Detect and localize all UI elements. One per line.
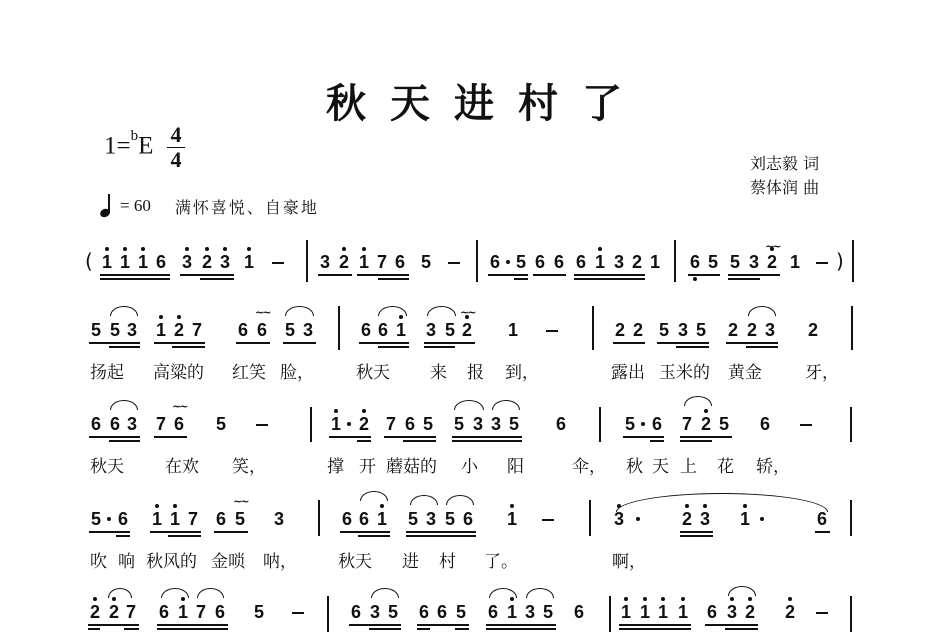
note: 2 xyxy=(806,320,820,340)
lyric: 蘑菇的 xyxy=(386,452,437,477)
augmentation-dot xyxy=(506,260,510,264)
note: 1 xyxy=(329,414,343,434)
underline xyxy=(154,436,187,438)
underline xyxy=(725,628,758,630)
underline xyxy=(488,274,528,276)
lyric: 脸， xyxy=(280,358,314,383)
note: 6 xyxy=(357,509,371,529)
underline xyxy=(486,624,556,626)
note: 5 xyxy=(541,602,555,622)
key-prefix: 1= xyxy=(104,132,131,159)
lyric: 进 xyxy=(402,547,419,572)
lyric: 轿， xyxy=(756,452,790,477)
note: 7 xyxy=(375,252,389,272)
bar-line xyxy=(599,407,601,442)
lyric: 玉米的 xyxy=(659,358,710,383)
slur-arc xyxy=(454,400,484,410)
note: 1 xyxy=(619,602,633,622)
note: 3 xyxy=(125,320,139,340)
underline xyxy=(357,274,409,276)
note: 2 xyxy=(743,602,757,622)
note: 6 xyxy=(376,320,390,340)
note: 1 xyxy=(788,252,802,272)
note: 5 xyxy=(406,509,420,529)
augmentation-dot xyxy=(636,517,640,521)
flat-sign: b xyxy=(131,128,139,144)
slur-arc xyxy=(427,306,456,316)
trill-mark: ~~ xyxy=(255,306,269,319)
underline xyxy=(124,628,139,630)
underline xyxy=(359,342,409,344)
underline xyxy=(452,436,522,438)
lyric: 呐， xyxy=(263,547,297,572)
underline xyxy=(89,531,130,533)
bar-line xyxy=(589,500,591,536)
note: 2 xyxy=(107,602,121,622)
underline xyxy=(100,274,170,276)
note: 6 xyxy=(89,414,103,434)
note: 5 xyxy=(283,320,297,340)
note: 2 xyxy=(357,414,371,434)
slur-arc xyxy=(492,400,520,410)
note: 2 xyxy=(783,602,797,622)
note: 1 xyxy=(100,252,114,272)
note: 6 xyxy=(340,509,354,529)
note: 6 xyxy=(688,252,702,272)
hold-dash xyxy=(800,424,812,426)
slur-arc xyxy=(684,396,712,406)
underline xyxy=(180,274,234,276)
note: 5 xyxy=(421,414,435,434)
underline xyxy=(329,436,371,438)
bar-line xyxy=(851,306,853,350)
slur-arc xyxy=(410,495,438,505)
note: 7 xyxy=(124,602,138,622)
lyric: 伞， xyxy=(572,452,606,477)
note: 6 xyxy=(417,602,431,622)
lyric: 红笑 xyxy=(232,358,266,383)
slur-arc xyxy=(489,588,517,598)
composer: 蔡体润 曲 xyxy=(750,176,819,200)
note: 1 xyxy=(593,252,607,272)
lyric: 露出 xyxy=(611,358,645,383)
underline xyxy=(680,436,732,438)
bar-line xyxy=(674,240,676,282)
underline xyxy=(150,531,201,533)
note: 6 xyxy=(554,414,568,434)
lyric: 扬起 xyxy=(90,358,124,383)
note: 6 xyxy=(236,320,250,340)
note: 3 xyxy=(747,252,761,272)
note: 6 xyxy=(255,320,269,340)
trill-mark: ~~ xyxy=(460,306,474,319)
hold-dash xyxy=(542,519,554,521)
close-paren: ) xyxy=(836,249,844,273)
hold-dash xyxy=(816,612,828,614)
note: 3 xyxy=(125,414,139,434)
note: 5 xyxy=(717,414,731,434)
bar-line xyxy=(852,240,854,282)
underline xyxy=(349,624,401,626)
note: 1 xyxy=(357,252,371,272)
underline xyxy=(452,440,522,442)
lyric: 金唢 xyxy=(211,547,245,572)
slur-arc xyxy=(108,588,132,598)
lyric: 高粱的 xyxy=(153,358,204,383)
note: 1 xyxy=(136,252,150,272)
underline xyxy=(688,274,720,276)
underline xyxy=(214,531,248,533)
bar-line xyxy=(310,407,312,442)
lyric: 村 xyxy=(439,547,456,572)
underline xyxy=(358,535,390,537)
underline xyxy=(236,342,270,344)
note: 5 xyxy=(454,602,468,622)
note: 6 xyxy=(572,602,586,622)
underline xyxy=(728,274,780,276)
note: 5 xyxy=(694,320,708,340)
bar-line xyxy=(338,306,340,350)
underline xyxy=(369,628,401,630)
note: 3 xyxy=(368,602,382,622)
note: 1 xyxy=(676,602,690,622)
underline xyxy=(574,274,645,276)
underline xyxy=(619,624,691,626)
underline xyxy=(109,440,140,442)
underline xyxy=(815,531,830,533)
note: 1 xyxy=(656,602,670,622)
lyric: 秋天 xyxy=(90,452,124,477)
hold-dash xyxy=(272,262,284,264)
note: 7 xyxy=(194,602,208,622)
lyric: 了。 xyxy=(484,547,518,572)
note: 6 xyxy=(172,414,186,434)
underline xyxy=(417,628,430,630)
lyric: 报 xyxy=(467,358,484,383)
note: 6 xyxy=(108,414,122,434)
note: 1 xyxy=(394,320,408,340)
slur-arc xyxy=(526,588,554,598)
note: 2 xyxy=(460,320,474,340)
slur-arc xyxy=(446,495,474,505)
trill-mark: ~~ xyxy=(233,495,247,508)
note: 5 xyxy=(89,509,103,529)
underline xyxy=(283,342,316,344)
note: 5 xyxy=(706,252,720,272)
note: 3 xyxy=(180,252,194,272)
note: 6 xyxy=(488,252,502,272)
underline xyxy=(613,342,645,344)
note: 6 xyxy=(461,509,475,529)
note: 6 xyxy=(359,320,373,340)
credits: 刘志毅 词 蔡体润 曲 xyxy=(750,152,819,200)
note: 6 xyxy=(393,252,407,272)
note: 7 xyxy=(186,509,200,529)
hold-dash xyxy=(816,262,828,264)
note: 5 xyxy=(386,602,400,622)
slur-arc xyxy=(728,586,756,596)
slur-arc xyxy=(161,588,189,598)
underline xyxy=(746,346,778,348)
lyric: 黄金 xyxy=(728,358,762,383)
note: 5 xyxy=(108,320,122,340)
underline xyxy=(172,346,205,348)
underline xyxy=(574,278,645,280)
note: 1 xyxy=(375,509,389,529)
trill-mark: ~~ xyxy=(765,240,779,253)
slur-arc xyxy=(110,306,138,316)
underline xyxy=(357,440,371,442)
note: 6 xyxy=(552,252,566,272)
note: 1 xyxy=(150,509,164,529)
note: 5 xyxy=(728,252,742,272)
note: 5 xyxy=(514,252,528,272)
note: 5 xyxy=(507,414,521,434)
note: 2 xyxy=(172,320,186,340)
note: 6 xyxy=(815,509,829,529)
note: 6 xyxy=(214,509,228,529)
underline xyxy=(89,436,140,438)
note: 3 xyxy=(471,414,485,434)
slur-arc xyxy=(285,306,314,316)
note: 2 xyxy=(765,252,779,272)
time-signature: 4 4 xyxy=(167,124,185,171)
lyric: 上 xyxy=(680,452,697,477)
underline xyxy=(514,278,528,280)
note: 3 xyxy=(523,602,537,622)
lyric: 阳 xyxy=(507,452,524,477)
slur-arc xyxy=(748,306,776,316)
note: 6 xyxy=(533,252,547,272)
underline xyxy=(168,535,201,537)
underline xyxy=(340,531,390,533)
note: 3 xyxy=(763,320,777,340)
lyric: 牙， xyxy=(805,358,839,383)
note: 1 xyxy=(168,509,182,529)
underline xyxy=(403,440,436,442)
note: 3 xyxy=(218,252,232,272)
slur-arc xyxy=(110,400,138,410)
note: 1 xyxy=(738,509,752,529)
note: 5 xyxy=(623,414,637,434)
underline xyxy=(533,274,566,276)
note: 3 xyxy=(612,509,626,529)
hold-dash xyxy=(256,424,268,426)
underline xyxy=(406,535,476,537)
note: 3 xyxy=(698,509,712,529)
lyric: 秋天 xyxy=(338,547,372,572)
tempo-value: = 60 xyxy=(120,196,151,216)
bar-line xyxy=(850,500,852,536)
note: 7 xyxy=(190,320,204,340)
underline xyxy=(486,628,556,630)
slur-arc xyxy=(197,588,224,598)
underline xyxy=(154,342,205,344)
note: 5 xyxy=(443,320,457,340)
note: 2 xyxy=(200,252,214,272)
underline xyxy=(109,346,140,348)
bar-line xyxy=(609,596,611,632)
slur-arc xyxy=(371,588,399,598)
note: 5 xyxy=(89,320,103,340)
lyric: 在欢 xyxy=(165,452,199,477)
lyricist: 刘志毅 词 xyxy=(750,152,819,176)
underline xyxy=(157,624,228,626)
note: 2 xyxy=(613,320,627,340)
note: 1 xyxy=(118,252,132,272)
note: 3 xyxy=(301,320,315,340)
note: 6 xyxy=(213,602,227,622)
note: 6 xyxy=(154,252,168,272)
note: 3 xyxy=(676,320,690,340)
trill-mark: ~~ xyxy=(172,400,186,413)
note: 3 xyxy=(318,252,332,272)
note: 5 xyxy=(419,252,433,272)
underline xyxy=(406,531,476,533)
hold-dash xyxy=(448,262,460,264)
underline xyxy=(424,342,475,344)
underline xyxy=(705,624,758,626)
lyric: 到， xyxy=(505,358,539,383)
note: 6 xyxy=(486,602,500,622)
underline xyxy=(680,531,713,533)
augmentation-dot xyxy=(347,422,351,426)
key-signature: 1=bE xyxy=(104,132,153,160)
augmentation-dot xyxy=(107,517,111,521)
tempo-marking: = 60 满怀喜悦、自豪地 xyxy=(98,194,319,218)
note: 5 xyxy=(233,509,247,529)
lyric: 来 xyxy=(430,358,447,383)
note: 5 xyxy=(657,320,671,340)
lyric: 吹 xyxy=(90,547,107,572)
bar-line xyxy=(850,596,852,632)
song-title: 秋天进村了 xyxy=(0,72,948,129)
time-signature-top: 4 xyxy=(167,124,185,146)
quarter-note-icon xyxy=(98,194,114,218)
note: 2 xyxy=(699,414,713,434)
note: 6 xyxy=(116,509,130,529)
lyric: 秋风的 xyxy=(146,547,197,572)
note: 6 xyxy=(157,602,171,622)
note: 2 xyxy=(88,602,102,622)
slur-arc xyxy=(378,306,407,316)
lyric: 开 xyxy=(359,452,376,477)
note: 6 xyxy=(758,414,772,434)
note: 3 xyxy=(489,414,503,434)
underline xyxy=(378,346,409,348)
lyric: 天 xyxy=(652,452,669,477)
hold-dash xyxy=(546,330,558,332)
lyric: 秋 xyxy=(626,452,643,477)
note: 6 xyxy=(435,602,449,622)
expression-text: 满怀喜悦、自豪地 xyxy=(175,195,319,218)
note: 2 xyxy=(745,320,759,340)
underline xyxy=(100,278,170,280)
bar-line xyxy=(850,407,852,442)
underline xyxy=(157,628,228,630)
note: 2 xyxy=(630,252,644,272)
bar-line xyxy=(318,500,320,536)
note: 2 xyxy=(680,509,694,529)
note: 6 xyxy=(574,252,588,272)
note: 3 xyxy=(424,320,438,340)
underline xyxy=(88,624,139,626)
note: 3 xyxy=(424,509,438,529)
note: 7 xyxy=(384,414,398,434)
slur-arc xyxy=(360,491,388,501)
underline xyxy=(417,624,469,626)
note: 5 xyxy=(252,602,266,622)
lyric: 小 xyxy=(461,452,478,477)
note: 2 xyxy=(631,320,645,340)
note: 1 xyxy=(638,602,652,622)
lyric: 啊， xyxy=(612,547,646,572)
underline xyxy=(455,628,469,630)
time-signature-bottom: 4 xyxy=(167,149,185,171)
underline xyxy=(384,436,436,438)
note: 1 xyxy=(154,320,168,340)
augmentation-dot xyxy=(760,517,764,521)
underline xyxy=(657,342,709,344)
note: 1 xyxy=(505,509,519,529)
underline xyxy=(650,440,664,442)
note: 5 xyxy=(452,414,466,434)
bar-line xyxy=(592,306,594,350)
note: 2 xyxy=(337,252,351,272)
note: 3 xyxy=(272,509,286,529)
key-tonic: E xyxy=(138,132,153,159)
underline xyxy=(680,440,712,442)
bar-line xyxy=(476,240,478,282)
hold-dash xyxy=(292,612,304,614)
underline xyxy=(623,436,664,438)
underline xyxy=(116,535,130,537)
underline xyxy=(89,342,140,344)
underline xyxy=(378,278,409,280)
underline xyxy=(728,278,760,280)
lyric: 花 xyxy=(717,452,734,477)
note: 6 xyxy=(349,602,363,622)
note: 3 xyxy=(725,602,739,622)
note: 6 xyxy=(650,414,664,434)
underline xyxy=(318,274,352,276)
note: 5 xyxy=(443,509,457,529)
note: 7 xyxy=(154,414,168,434)
note: 1 xyxy=(242,252,256,272)
note: 2 xyxy=(726,320,740,340)
underline xyxy=(88,628,100,630)
note: 1 xyxy=(176,602,190,622)
lyric: 撑 xyxy=(327,452,344,477)
bar-line xyxy=(327,596,329,632)
note: 1 xyxy=(506,320,520,340)
note: 1 xyxy=(648,252,662,272)
underline xyxy=(424,346,455,348)
lyric: 响 xyxy=(118,547,135,572)
underline xyxy=(619,628,691,630)
note: 3 xyxy=(612,252,626,272)
note: 1 xyxy=(505,602,519,622)
note: 6 xyxy=(705,602,719,622)
note: 5 xyxy=(214,414,228,434)
underline xyxy=(200,278,234,280)
open-paren: ( xyxy=(85,249,93,273)
note: 7 xyxy=(680,414,694,434)
phrase-slur xyxy=(616,493,828,512)
underline xyxy=(680,535,713,537)
underline xyxy=(676,346,709,348)
lyric: 秋天 xyxy=(356,358,390,383)
